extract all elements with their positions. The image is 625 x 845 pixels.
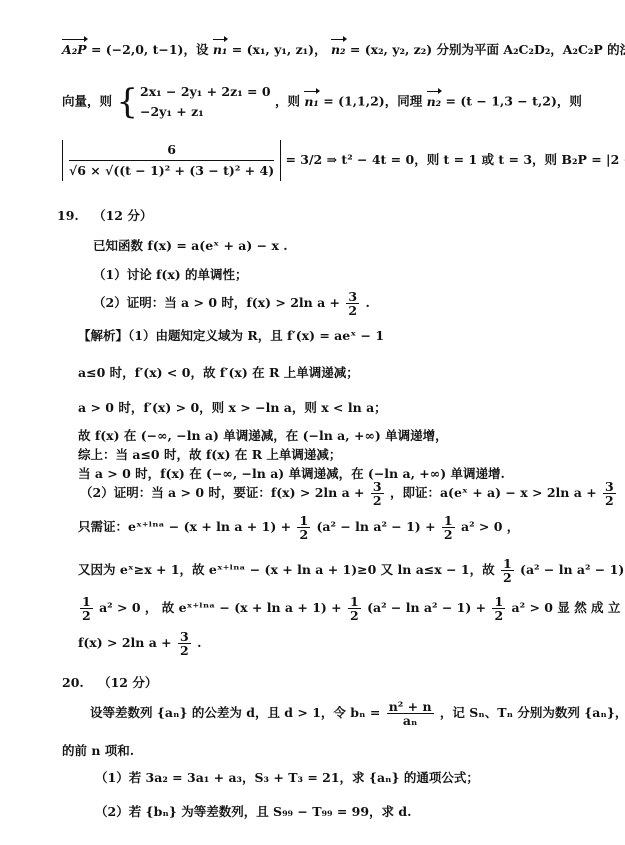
left-brace: { xyxy=(116,85,138,119)
question-20-stem: 设等差数列 {aₙ} 的公差为 d，且 d > 1，令 bₙ = n² + na… xyxy=(90,700,625,727)
continuation-line-3: 6 √6 × √((t − 1)² + (3 − t)² + 4) = 3/2 … xyxy=(62,140,625,181)
solution-19-line-1: 【解析】（1）由题知定义域为 R，且 f′(x) = aeˣ − 1 xyxy=(78,326,384,344)
question-19-header: 19. （12 分） xyxy=(57,206,152,224)
vector-A2P: A₂P xyxy=(62,42,87,57)
solution-19-line-8: 只需证：eˣ⁺ˡⁿᵃ − (x + ln a + 1) + 12 (a² − l… xyxy=(78,514,519,541)
solution-19-line-2: a≤0 时，f′(x) < 0，故 f′(x) 在 R 上单调递减； xyxy=(78,363,359,381)
question-20-header: 20. （12 分） xyxy=(62,673,157,691)
solution-19-line-9: 又因为 eˣ≥x + 1，故 eˣ⁺ˡⁿᵃ − (x + ln a + 1)≥0… xyxy=(78,557,625,584)
solution-19-line-11: f(x) > 2ln a + 32 . xyxy=(78,630,201,657)
solution-19-line-3: a > 0 时，f′(x) > 0，则 x > −ln a，则 x < ln a… xyxy=(78,398,387,416)
question-19-part-2: （2）证明：当 a > 0 时，f(x) > 2ln a + 32 . xyxy=(93,290,370,317)
continuation-line-2: 向量，则 { 2x₁ − 2y₁ + 2z₁ = 0 −2y₁ + z₁ ，则 … xyxy=(62,82,582,122)
solution-19-line-5: 综上：当 a≤0 时，故 f(x) 在 R 上单调递减； xyxy=(78,445,341,463)
solution-19-line-7: （2）证明：当 a > 0 时，要证：f(x) > 2ln a + 32 ，即证… xyxy=(80,480,618,507)
question-19-part-1: （1）讨论 f(x) 的单调性； xyxy=(93,265,248,283)
abs-fraction: 6 √6 × √((t − 1)² + (3 − t)² + 4) xyxy=(62,140,281,181)
continuation-line-1: A₂P = (−2,0, t−1)，设 n₁ = (x₁, y₁, z₁)， n… xyxy=(62,40,625,58)
solution-label: 【解析】 xyxy=(78,328,128,343)
solution-19-line-4: 故 f(x) 在 (−∞, −ln a) 单调递减，在 (−ln a, +∞) … xyxy=(78,426,448,444)
solution-19-line-10: 12 a² > 0 ， 故 eˣ⁺ˡⁿᵃ − (x + ln a + 1) + … xyxy=(78,595,625,622)
question-20-stem-cont: 的前 n 项和. xyxy=(62,741,134,759)
equation-system: { 2x₁ − 2y₁ + 2z₁ = 0 −2y₁ + z₁ xyxy=(116,82,270,122)
vector-n2: n₂ xyxy=(331,42,346,57)
vector-n1: n₁ xyxy=(213,42,228,57)
question-20-part-1: （1）若 3a₂ = 3a₁ + a₃，S₃ + T₃ = 21，求 {aₙ} … xyxy=(95,768,479,786)
question-19-stem: 已知函数 f(x) = a(eˣ + a) − x . xyxy=(93,236,288,254)
question-20-part-2: （2）若 {bₙ} 为等差数列，且 S₉₉ − T₉₉ = 99，求 d. xyxy=(95,802,411,820)
